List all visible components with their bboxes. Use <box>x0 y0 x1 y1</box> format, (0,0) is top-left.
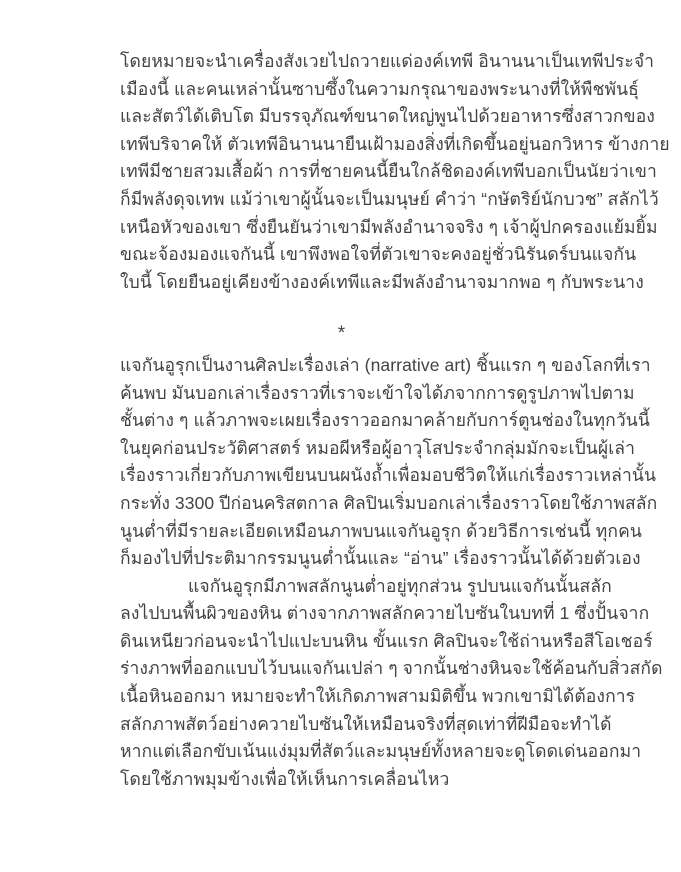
text-line: ในยุคก่อนประวัติศาสตร์ หมอผีหรือผู้อาวุโ… <box>120 435 563 463</box>
paragraph-3: แจกันอูรุกมีภาพสลักนูนต่ำอยู่ทุกส่วน รูป… <box>120 573 563 794</box>
text-line: นูนต่ำที่มีรายละเอียดเหมือนภาพบนแจกันอูร… <box>120 518 563 546</box>
text-line: กระทั่ง 3300 ปีก่อนคริสตกาล ศิลปินเริ่มบ… <box>120 490 563 518</box>
paragraph-1: โดยหมายจะนำเครื่องสังเวยไปถวายแด่องค์เทพ… <box>120 48 563 296</box>
paragraph-2: แจกันอูรุกเป็นงานศิลปะเรื่องเล่า (narrat… <box>120 352 563 573</box>
text-line: เรื่องราวเกี่ยวกับภาพเขียนบนผนังถ้ำเพื่อ… <box>120 462 563 490</box>
text-line: สลักภาพสัตว์อย่างควายไบซันให้เหมือนจริงท… <box>120 711 563 739</box>
text-line: ขณะจ้องมองแจกันนี้ เขาพึงพอใจที่ตัวเขาจะ… <box>120 241 563 269</box>
text-line: โดยใช้ภาพมุมข้างเพื่อให้เห็นการเคลื่อนไห… <box>120 766 563 794</box>
text-line: เหนือหัวของเขา ซึ่งยืนยันว่าเขามีพลังอำน… <box>120 214 563 242</box>
text-line: และสัตว์ได้เติบโต มีบรรจุภัณฑ์ขนาดใหญ่พู… <box>120 103 563 131</box>
document-page: โดยหมายจะนำเครื่องสังเวยไปถวายแด่องค์เทพ… <box>0 0 681 872</box>
text-line: ดินเหนียวก่อนจะนำไปแปะบนหิน ขั้นแรก ศิลป… <box>120 628 563 656</box>
text-line: ก็มีพลังดุจเทพ แม้ว่าเขาผู้นั้นจะเป็นมนุ… <box>120 186 563 214</box>
text-line: แจกันอูรุกเป็นงานศิลปะเรื่องเล่า (narrat… <box>120 352 563 380</box>
text-line: แจกันอูรุกมีภาพสลักนูนต่ำอยู่ทุกส่วน รูป… <box>120 573 563 601</box>
text-line: หากแต่เลือกขับเน้นแง่มุมที่สัตว์และมนุษย… <box>120 738 563 766</box>
text-line: เทพีบริจาคให้ ตัวเทพีอินานนายืนเฝ้ามองสิ… <box>120 131 563 159</box>
text-line: เนื้อหินออกมา หมายจะทำให้เกิดภาพสามมิติข… <box>120 683 563 711</box>
text-line: ชั้นต่าง ๆ แล้วภาพจะเผยเรื่องราวออกมาคล้… <box>120 407 563 435</box>
text-line: ร่างภาพที่ออกแบบไว้บนแจกันเปล่า ๆ จากนั้… <box>120 655 563 683</box>
text-column: โดยหมายจะนำเครื่องสังเวยไปถวายแด่องค์เทพ… <box>120 48 563 793</box>
text-line: ค้นพบ มันบอกเล่าเรื่องราวที่เราจะเข้าใจไ… <box>120 380 563 408</box>
text-line: โดยหมายจะนำเครื่องสังเวยไปถวายแด่องค์เทพ… <box>120 48 563 76</box>
section-break-asterisk: * <box>120 320 563 348</box>
text-line: ใบนี้ โดยยืนอยู่เคียงข้างองค์เทพีและมีพล… <box>120 269 563 297</box>
text-line: เทพีมีชายสวมเสื้อผ้า การที่ชายคนนี้ยืนใก… <box>120 158 563 186</box>
text-line: เมืองนี้ และคนเหล่านั้นซาบซึ้งในความกรุณ… <box>120 76 563 104</box>
text-line: ลงไปบนพื้นผิวของหิน ต่างจากภาพสลักควายไบ… <box>120 600 563 628</box>
text-line: ก็มองไปที่ประติมากรรมนูนต่ำนั้นและ “อ่าน… <box>120 545 563 573</box>
